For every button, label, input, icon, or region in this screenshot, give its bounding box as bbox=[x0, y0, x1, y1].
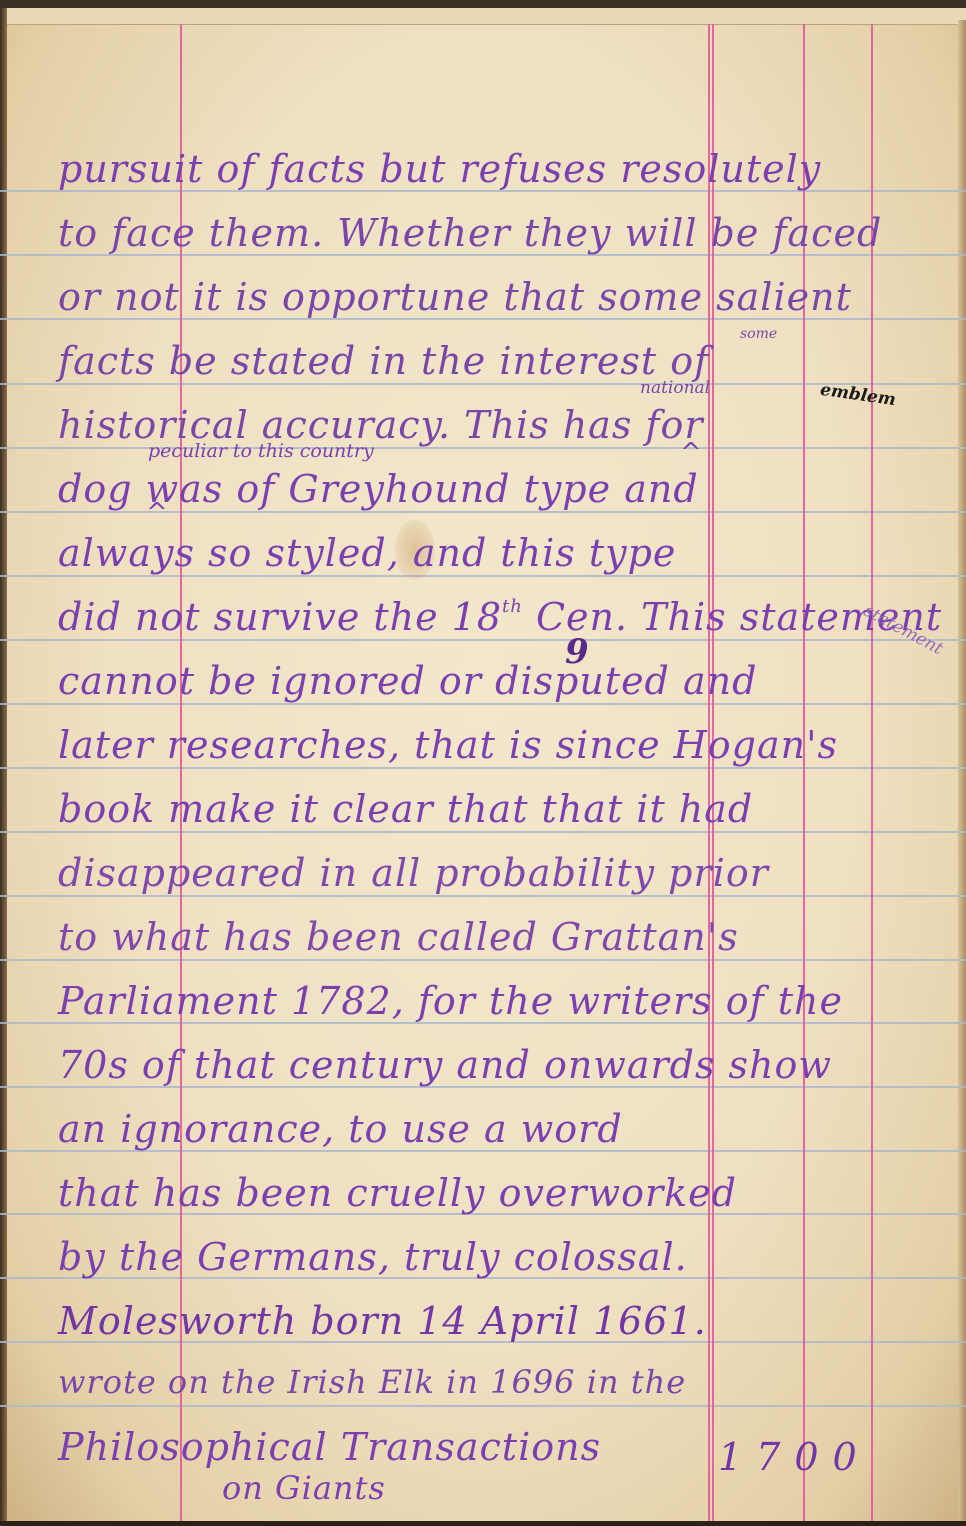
line-text: did not survive the 18 bbox=[58, 595, 502, 639]
ledger-page: pursuit of facts but refuses resolutely … bbox=[0, 0, 966, 1526]
handwritten-line: facts be stated in the interest of bbox=[58, 342, 709, 380]
handwritten-line: or not it is opportune that some salient bbox=[58, 278, 852, 316]
ruled-line bbox=[0, 639, 966, 641]
handwritten-line: to what has been called Grattan's bbox=[58, 918, 739, 956]
handwritten-line: that has been cruelly overworked bbox=[58, 1174, 737, 1212]
ruled-line bbox=[0, 511, 966, 513]
ruled-line bbox=[0, 959, 966, 961]
handwritten-line: 70s of that century and onwards show bbox=[58, 1046, 832, 1084]
caret-mark: ^ bbox=[146, 498, 168, 528]
handwritten-line: cannot be ignored or disputed and bbox=[58, 662, 757, 700]
binding-edge-bottom bbox=[0, 1521, 966, 1526]
ruled-line bbox=[0, 831, 966, 833]
ruled-line bbox=[0, 575, 966, 577]
handwritten-line: historical accuracy. This has for bbox=[58, 406, 704, 444]
ruled-line bbox=[0, 703, 966, 705]
handwritten-line: always so styled, and this type bbox=[58, 534, 676, 572]
handwritten-line: to face them. Whether they will be faced bbox=[58, 214, 882, 252]
caret-mark: ^ bbox=[680, 438, 702, 468]
margin-year: 1700 bbox=[718, 1438, 871, 1476]
binding-edge-top bbox=[0, 0, 966, 8]
handwritten-line: later researches, that is since Hogan's bbox=[58, 726, 838, 764]
handwritten-line: Parliament 1782, for the writers of the bbox=[58, 982, 843, 1020]
handwritten-line: Molesworth born 14 April 1661. bbox=[58, 1302, 707, 1340]
handwritten-line: did not survive the 18th Cen. This state… bbox=[58, 598, 942, 636]
handwritten-line: on Giants bbox=[222, 1472, 386, 1504]
insertion-peculiar-to-this-country: peculiar to this country bbox=[148, 440, 374, 462]
handwritten-line: Philosophical Transactions bbox=[58, 1428, 601, 1466]
handwritten-line: pursuit of facts but refuses resolutely bbox=[58, 150, 821, 188]
handwritten-line: by the Germans, truly colossal. bbox=[58, 1238, 688, 1276]
page-edge-right bbox=[958, 20, 966, 1526]
handwritten-line: an ignorance, to use a word bbox=[58, 1110, 623, 1148]
ruled-line bbox=[0, 895, 966, 897]
handwritten-line: book make it clear that that it had bbox=[58, 790, 753, 828]
ruled-line bbox=[0, 767, 966, 769]
underlying-page-edge bbox=[6, 8, 966, 25]
insertion-some: some bbox=[740, 326, 777, 342]
ruled-line bbox=[0, 1405, 966, 1407]
ruled-line bbox=[0, 447, 966, 449]
handwritten-line: wrote on the Irish Elk in 1696 in the bbox=[58, 1366, 686, 1398]
insertion-national: national bbox=[640, 378, 710, 398]
superscript: th bbox=[502, 596, 523, 617]
handwritten-line: disappeared in all probability prior bbox=[58, 854, 769, 892]
